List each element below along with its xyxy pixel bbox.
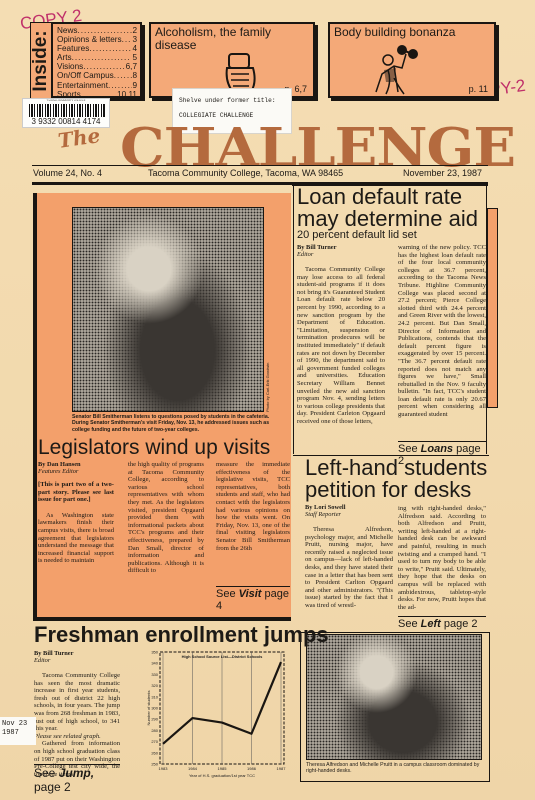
date-sticker: Nov 23 1987 (0, 717, 36, 745)
svg-text:1984: 1984 (188, 766, 198, 771)
svg-text:260: 260 (151, 750, 158, 755)
svg-text:330: 330 (151, 672, 158, 677)
legislators-headline[interactable]: Legislators wind up visits (38, 437, 270, 458)
issue-date: November 23, 1987 (403, 168, 482, 178)
enrollment-line-chart: 1983198419851986198725026027028029030031… (148, 650, 288, 778)
toc-item[interactable]: Arts..................5 (57, 53, 137, 62)
inside-index-box: Inside: News..................2 Opinions… (30, 22, 142, 98)
lefthand-photo-caption: Theresa Alfredson and Michelle Pruitt in… (306, 762, 488, 775)
toc-item[interactable]: Entertainment..................9 (57, 81, 137, 90)
teaser-title: Alcoholism, the family disease (151, 24, 313, 54)
barcode-icon (29, 104, 105, 117)
divider (32, 165, 488, 166)
see-visit-link[interactable]: See Visit page 4 (216, 586, 290, 612)
legislators-col-2: the high quality of programs at Tacoma C… (128, 461, 204, 575)
lefthand-col-2: ing with right-handed desks," Alfredson … (398, 505, 486, 611)
svg-text:1986: 1986 (247, 766, 257, 771)
loan-col-1: By Bill Turner Editor Tacoma Community C… (297, 244, 385, 425)
svg-text:1985: 1985 (218, 766, 228, 771)
masthead-the: The (57, 123, 102, 153)
toc-item[interactable]: Features..................4 (57, 44, 137, 53)
senator-photo (72, 207, 264, 412)
table-of-contents: News..................2 Opinions & lette… (57, 26, 137, 99)
inside-label: Inside: (31, 23, 53, 99)
chart-svg: 1983198419851986198725026027028029030031… (148, 650, 288, 778)
orange-accent-bar (487, 208, 498, 408)
svg-text:290: 290 (151, 717, 158, 722)
see-jump-link[interactable]: See Jump, page 2 (34, 764, 120, 794)
students-photo (306, 634, 482, 760)
svg-text:Number of students: Number of students (146, 691, 151, 726)
svg-text:320: 320 (151, 683, 158, 688)
toc-item[interactable]: On/Off Campus..................8 (57, 71, 137, 80)
bodybuilder-icon (372, 42, 428, 98)
legislators-col-3: measure the immediate effectiveness of t… (216, 461, 290, 552)
freshman-body: By Bill Turner Editor Tacoma Community C… (34, 650, 120, 778)
teaser-page: p. 11 (469, 84, 488, 94)
toc-item[interactable]: Opinions & letters..................3 (57, 35, 137, 44)
photo-credit: Photo by Carl-Erik Goodwin (265, 340, 271, 412)
loan-subhead: 20 percent default lid set (297, 230, 417, 241)
svg-text:300: 300 (151, 706, 158, 711)
publisher-line: Tacoma Community College, Tacoma, WA 984… (148, 168, 343, 178)
volume-number: Volume 24, No. 4 (33, 168, 102, 178)
teaser-title: Body building bonanza (330, 24, 494, 41)
svg-text:High School Source List—Distri: High School Source List—District Schools (182, 654, 263, 659)
teaser-bodybuilding[interactable]: Body building bonanza p. 11 (328, 22, 496, 98)
legislators-col-1: By Dan Hansen Features Editor [This is p… (38, 461, 114, 565)
toc-item[interactable]: Visions..................6,7 (57, 62, 137, 71)
svg-text:350: 350 (151, 650, 158, 655)
see-left-link[interactable]: See Left page 2 (398, 616, 486, 630)
loan-headline[interactable]: Loan default rate may determine aid (297, 186, 487, 230)
svg-text:250: 250 (151, 762, 158, 767)
svg-text:270: 270 (151, 739, 158, 744)
svg-text:310: 310 (151, 694, 158, 699)
svg-text:1983: 1983 (159, 766, 169, 771)
photo-caption: Senator Bill Smitherman listens to quest… (72, 414, 272, 433)
lefthand-headline[interactable]: Left-hand students petition for desks (305, 457, 490, 501)
lefthand-col-1: By Lori Sowell Staff Reporter Theresa Al… (305, 504, 393, 610)
teaser-alcoholism[interactable]: Alcoholism, the family disease p. 6,7 (149, 22, 315, 98)
svg-text:280: 280 (151, 728, 158, 733)
freshman-headline[interactable]: Freshman enrollment jumps (34, 624, 329, 646)
toc-item[interactable]: News..................2 (57, 26, 137, 35)
loan-col-2: warning of the new policy. TCC has the h… (398, 244, 486, 419)
svg-text:1987: 1987 (277, 766, 287, 771)
svg-text:340: 340 (151, 661, 158, 666)
newspaper-page: COPY 2 COPY-2 Inside: News..............… (0, 0, 535, 800)
svg-text:Year of H.S. graduation/1st ye: Year of H.S. graduation/1st year TCC (189, 773, 255, 778)
